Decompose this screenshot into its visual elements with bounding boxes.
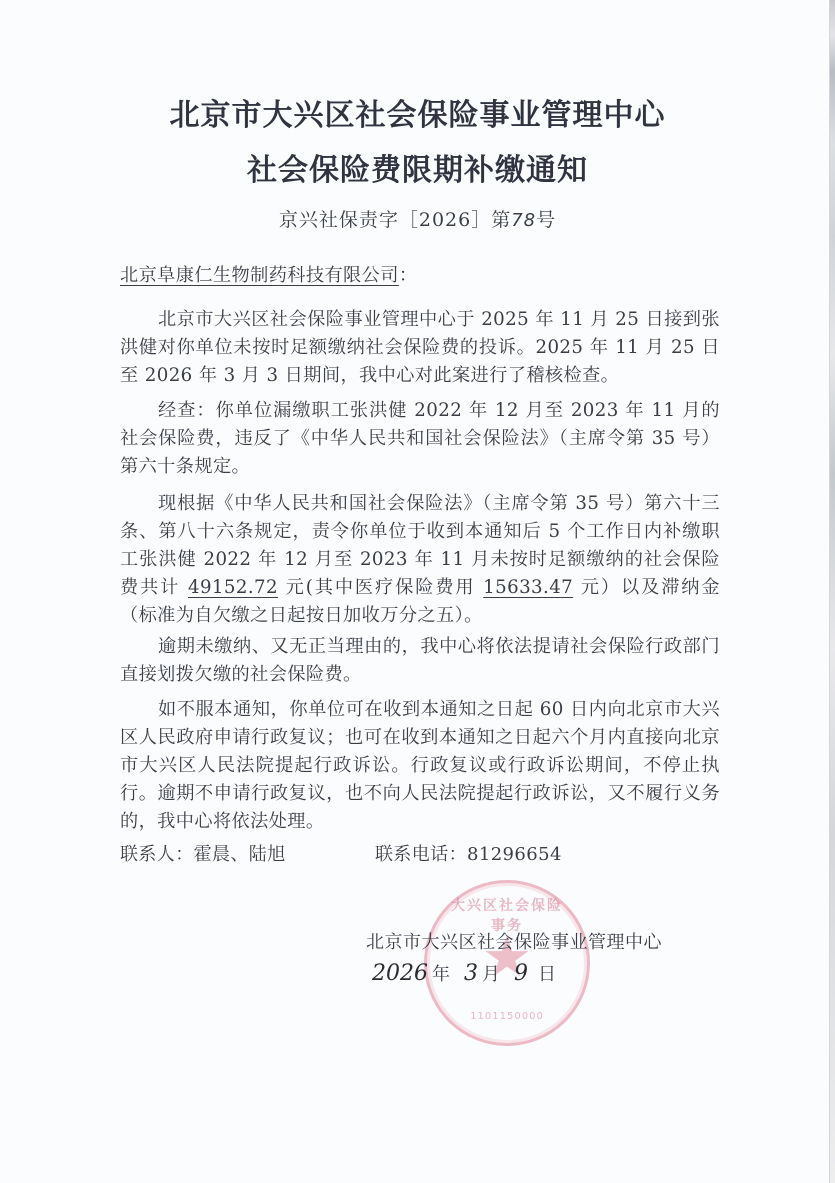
- paragraph-complaint: 北京市大兴区社会保险事业管理中心于 2025 年 11 月 25 日接到张洪健对…: [120, 306, 720, 390]
- total-amount: 49152.72: [188, 577, 278, 598]
- doc-number-suffix: 号: [536, 209, 556, 231]
- seal-code: 1101150000: [457, 1011, 557, 1022]
- doc-number-handwritten: 78: [511, 210, 536, 231]
- doc-number-prefix: 京兴社保责字［2026］第: [279, 209, 511, 231]
- date-year-handwritten: 2026: [372, 961, 428, 986]
- date-month-label: 月: [482, 964, 500, 985]
- date-day-label: 日: [538, 964, 556, 985]
- addressee-company: 北京阜康仁生物制药科技有限公司: [120, 265, 399, 286]
- contact-phone: 联系电话：81296654: [375, 840, 562, 866]
- contact-info: 联系人：霍晨、陆旭 联系电话：81296654: [120, 840, 286, 866]
- date-year-label: 年: [432, 964, 450, 985]
- notice-page: 北京市大兴区社会保险事业管理中心 社会保险费限期补缴通知 京兴社保责字［2026…: [0, 0, 835, 1183]
- signing-date: 2026年3月9日: [372, 960, 556, 986]
- document-number: 京兴社保责字［2026］第78号: [0, 205, 835, 232]
- contact-persons: 联系人：霍晨、陆旭: [120, 844, 286, 865]
- document-title: 社会保险费限期补缴通知: [0, 145, 835, 189]
- paragraph-findings: 经查：你单位漏缴职工张洪健 2022 年 12 月至 2023 年 11 月的社…: [120, 397, 720, 481]
- addressee-colon: ：: [399, 265, 418, 286]
- issuer-title: 北京市大兴区社会保险事业管理中心: [0, 90, 835, 134]
- date-day-handwritten: 9: [514, 961, 528, 986]
- signing-authority: 北京市大兴区社会保险事业管理中心: [366, 928, 662, 954]
- medical-amount: 15633.47: [483, 577, 573, 598]
- addressee: 北京阜康仁生物制药科技有限公司：: [120, 262, 720, 290]
- paragraph-order: 现根据《中华人民共和国社会保险法》（主席令第 35 号）第六十三条、第八十六条规…: [120, 490, 720, 630]
- paragraph-enforcement: 逾期未缴纳、又无正当理由的，我中心将依法提请社会保险行政部门直接划拨欠缴的社会保…: [120, 633, 720, 689]
- order-text-b: 元(其中医疗保险费用: [278, 577, 483, 598]
- paragraph-appeal: 如不服本通知，你单位可在收到本通知之日起 60 日内向北京市大兴区人民政府申请行…: [120, 696, 720, 836]
- date-month-handwritten: 3: [464, 961, 478, 986]
